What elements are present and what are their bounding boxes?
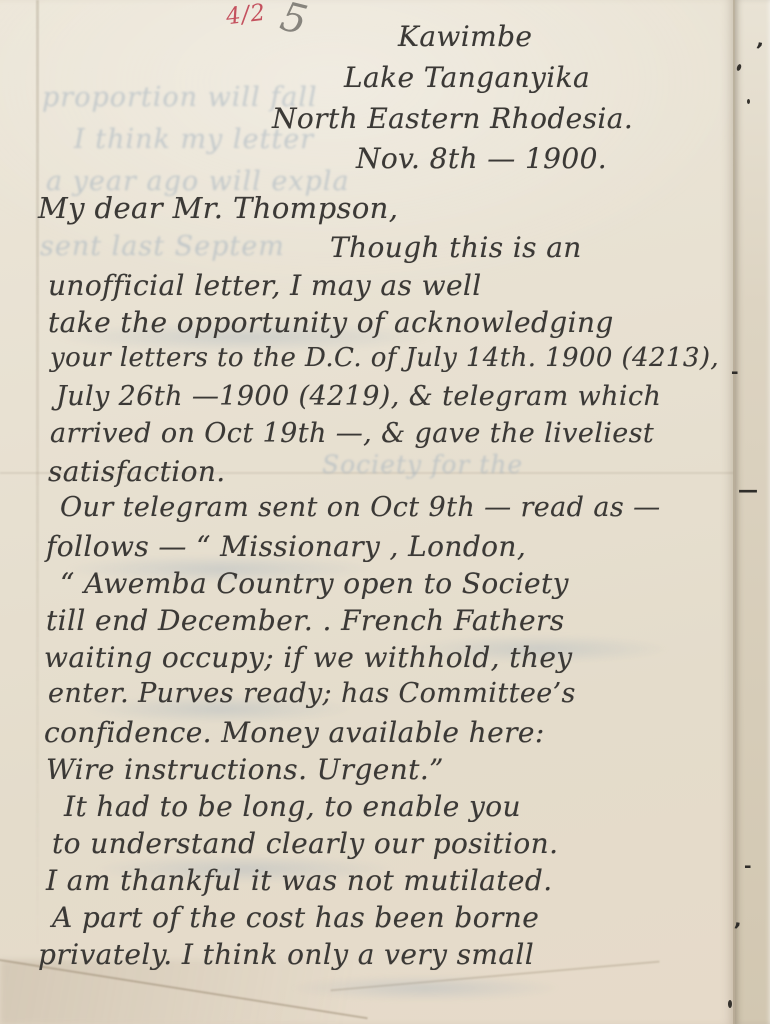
letter-page: proportion will fall I think my letter a… xyxy=(0,0,735,1024)
scanned-letter: proportion will fall I think my letter a… xyxy=(0,0,770,1024)
letter-line: to understand clearly our position. xyxy=(52,827,558,860)
letter-line: enter. Purves ready; has Committee’s xyxy=(48,678,576,709)
letter-heading-place: Kawimbe xyxy=(398,20,532,53)
letter-line: confidence. Money available here: xyxy=(44,716,545,749)
adjacent-page-edge xyxy=(735,0,770,1024)
margin-mark: - xyxy=(744,856,751,877)
letter-line: waiting occupy; if we withhold, they xyxy=(44,641,573,674)
letter-line: arrived on Oct 19th —, & gave the liveli… xyxy=(50,418,654,449)
archival-number-annotation: 4/2 xyxy=(225,0,268,30)
bleed-through-text: Society for the xyxy=(322,450,523,479)
letter-line: I am thankful it was not mutilated. xyxy=(46,864,553,897)
letter-line: your letters to the D.C. of July 14th. 1… xyxy=(50,343,719,373)
letter-line: privately. I think only a very small xyxy=(38,938,534,971)
paper-fold-line xyxy=(36,0,39,952)
letter-line: July 26th —1900 (4219), & telegram which xyxy=(56,381,661,412)
bleed-through-smudge xyxy=(290,975,560,1001)
pencil-mark: 5 xyxy=(276,0,312,44)
margin-mark: - xyxy=(731,362,738,383)
letter-heading-place: North Eastern Rhodesia. xyxy=(272,102,633,135)
letter-heading-place: Lake Tanganyika xyxy=(344,61,590,94)
letter-salutation: My dear Mr. Thompson, xyxy=(38,191,398,225)
bleed-through-text: sent last Septem xyxy=(40,231,285,262)
ink-speck xyxy=(728,1000,732,1008)
letter-line: unofficial letter, I may as well xyxy=(48,269,482,302)
letter-line: till end December. . French Fathers xyxy=(46,604,565,637)
letter-line: satisfaction. xyxy=(48,455,226,488)
letter-line: A part of the cost has been borne xyxy=(52,901,539,934)
letter-line: “ Awemba Country open to Society xyxy=(60,567,569,600)
letter-line: follows — “ Missionary , London, xyxy=(46,530,526,563)
letter-line: Wire instructions. Urgent.” xyxy=(46,753,444,786)
ink-speck xyxy=(747,99,750,104)
letter-line: take the opportunity of acknowledging xyxy=(48,306,614,339)
letter-heading-date: Nov. 8th — 1900. xyxy=(356,142,607,175)
letter-line: It had to be long, to enable you xyxy=(64,790,521,823)
letter-line: Our telegram sent on Oct 9th — read as — xyxy=(60,492,660,523)
margin-mark: — xyxy=(738,478,758,502)
letter-line: Though this is an xyxy=(330,231,582,264)
